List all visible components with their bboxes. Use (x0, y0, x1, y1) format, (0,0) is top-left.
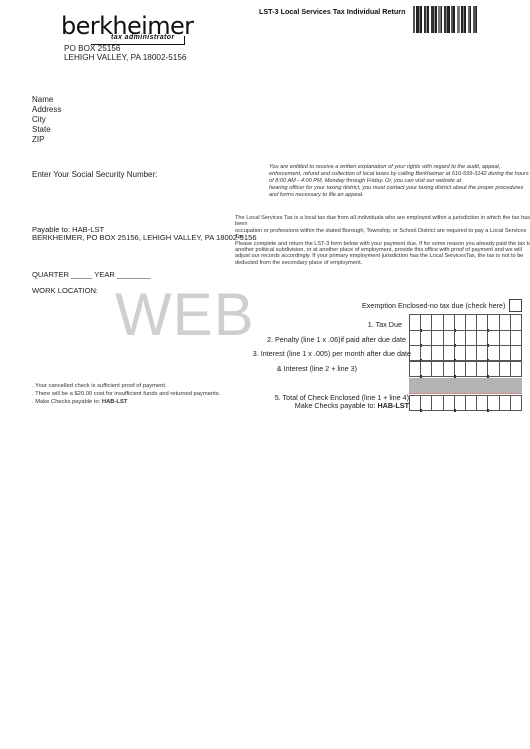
make-checks-payable: Make Checks payable to: HAB-LST (295, 401, 409, 410)
amount-digit-box[interactable] (488, 396, 499, 411)
zip-field[interactable]: ZIP (32, 135, 44, 144)
rights-notice: You are entitled to receive a written ex… (269, 164, 530, 199)
amount-digit-box[interactable] (466, 331, 477, 346)
amount-digit-box[interactable] (444, 362, 455, 377)
amount-digit-box[interactable] (488, 346, 499, 361)
state-field[interactable]: State (32, 125, 51, 134)
amount-digit-box[interactable] (500, 315, 511, 331)
web-watermark: WEB (115, 280, 255, 349)
amount-digit-box[interactable] (410, 315, 421, 331)
amount-digit-box[interactable] (455, 315, 466, 331)
amount-digit-box[interactable] (432, 331, 443, 346)
amount-digit-box[interactable] (466, 346, 477, 361)
lst-info: The Local Services Tax is a local tax du… (235, 215, 530, 266)
amount-digit-box[interactable] (444, 331, 455, 346)
amount-digit-box[interactable] (432, 346, 443, 361)
amount-digit-box[interactable] (421, 346, 432, 361)
exemption-checkbox[interactable] (509, 299, 522, 312)
return-address-line2: LEHIGH VALLEY, PA 18002-5156 (64, 53, 186, 62)
ssn-field[interactable]: Enter Your Social Security Number: (32, 170, 157, 179)
note-insufficient-funds: . There will be a $20.00 cost for insuff… (32, 390, 220, 398)
exemption-label: Exemption Enclosed-no tax due (check her… (362, 301, 505, 310)
amount-digit-box[interactable] (421, 331, 432, 346)
note-make-checks: . Make Checks payable to: HAB-LST (32, 398, 220, 406)
line3-label: 3. Interest (line 1 x .005) per month af… (253, 349, 411, 358)
city-field[interactable]: City (32, 115, 46, 124)
berkheimer-logo: berkheimer tax administrator (61, 18, 185, 44)
amount-digit-box[interactable] (455, 346, 466, 361)
amount-digit-box[interactable] (410, 396, 421, 411)
logo-tagline: tax administrator (111, 34, 175, 41)
amount-digit-box[interactable] (466, 396, 477, 411)
line2-amount-grid[interactable] (409, 330, 522, 346)
amount-digit-box[interactable] (488, 331, 499, 346)
amount-digit-box[interactable] (477, 346, 488, 361)
amount-digit-box[interactable] (421, 362, 432, 377)
address-field[interactable]: Address (32, 105, 61, 114)
amount-digit-box[interactable] (421, 396, 432, 411)
amount-digit-box[interactable] (477, 362, 488, 377)
amount-digit-box[interactable] (500, 396, 511, 411)
amount-digit-box[interactable] (455, 396, 466, 411)
amount-digit-box[interactable] (511, 362, 522, 377)
amount-digit-box[interactable] (432, 315, 443, 331)
quarter-year-field[interactable]: QUARTER _____ YEAR ________ (32, 270, 151, 279)
lst-info-para1: The Local Services Tax is a local tax du… (235, 215, 530, 241)
lst-info-para2: Please complete and return the LST-3 for… (235, 241, 530, 267)
amount-digit-box[interactable] (500, 346, 511, 361)
amount-digit-box[interactable] (477, 396, 488, 411)
amount-digit-box[interactable] (477, 315, 488, 331)
amount-digit-box[interactable] (488, 362, 499, 377)
line3-amount-grid[interactable] (409, 345, 522, 361)
amount-digit-box[interactable] (410, 346, 421, 361)
amount-digit-box[interactable] (444, 315, 455, 331)
amount-digit-box[interactable] (511, 315, 522, 331)
payable-to: Payable to: HAB-LST BERKHEIMER, PO BOX 2… (32, 226, 257, 242)
line1-amount-grid[interactable] (409, 314, 522, 331)
amount-digit-box[interactable] (511, 396, 522, 411)
note-cancelled-check: . Your cancelled check is sufficient pro… (32, 382, 220, 390)
amount-digit-box[interactable] (500, 362, 511, 377)
line5-amount-grid[interactable] (409, 395, 522, 411)
payment-notes: . Your cancelled check is sufficient pro… (32, 382, 220, 406)
amount-digit-box[interactable] (466, 362, 477, 377)
amount-digit-box[interactable] (410, 362, 421, 377)
payable-to-line2: BERKHEIMER, PO BOX 25156, LEHIGH VALLEY,… (32, 234, 257, 242)
amount-digit-box[interactable] (455, 362, 466, 377)
note-make-checks-prefix: . Make Checks payable to: (32, 399, 102, 405)
name-field[interactable]: Name (32, 95, 53, 104)
line1-label: 1. Tax Due (368, 320, 402, 329)
amount-digit-box[interactable] (466, 315, 477, 331)
amount-digit-box[interactable] (444, 346, 455, 361)
amount-digit-box[interactable] (432, 362, 443, 377)
amount-digit-box[interactable] (410, 331, 421, 346)
return-address-line1: PO BOX 25156 (64, 44, 120, 53)
line2-label: 2. Penalty (line 1 x .06)if paid after d… (267, 335, 406, 344)
work-location-field[interactable]: WORK LOCATION: (32, 286, 98, 295)
barcode-icon (413, 6, 493, 33)
amount-digit-box[interactable] (511, 331, 522, 346)
shaded-bar (409, 378, 522, 394)
amount-digit-box[interactable] (477, 331, 488, 346)
amount-digit-box[interactable] (500, 331, 511, 346)
amount-digit-box[interactable] (421, 315, 432, 331)
line4-label: & Interest (line 2 + line 3) (277, 364, 357, 373)
form-title: LST-3 Local Services Tax Individual Retu… (259, 7, 405, 16)
amount-digit-box[interactable] (455, 331, 466, 346)
amount-digit-box[interactable] (432, 396, 443, 411)
line4-amount-grid[interactable] (409, 361, 522, 377)
amount-digit-box[interactable] (444, 396, 455, 411)
make-checks-prefix: Make Checks payable to: (295, 401, 378, 410)
amount-digit-box[interactable] (488, 315, 499, 331)
amount-digit-box[interactable] (511, 346, 522, 361)
note-make-checks-payee: HAB-LST (102, 399, 127, 405)
make-checks-payee: HAB-LST (377, 401, 409, 410)
